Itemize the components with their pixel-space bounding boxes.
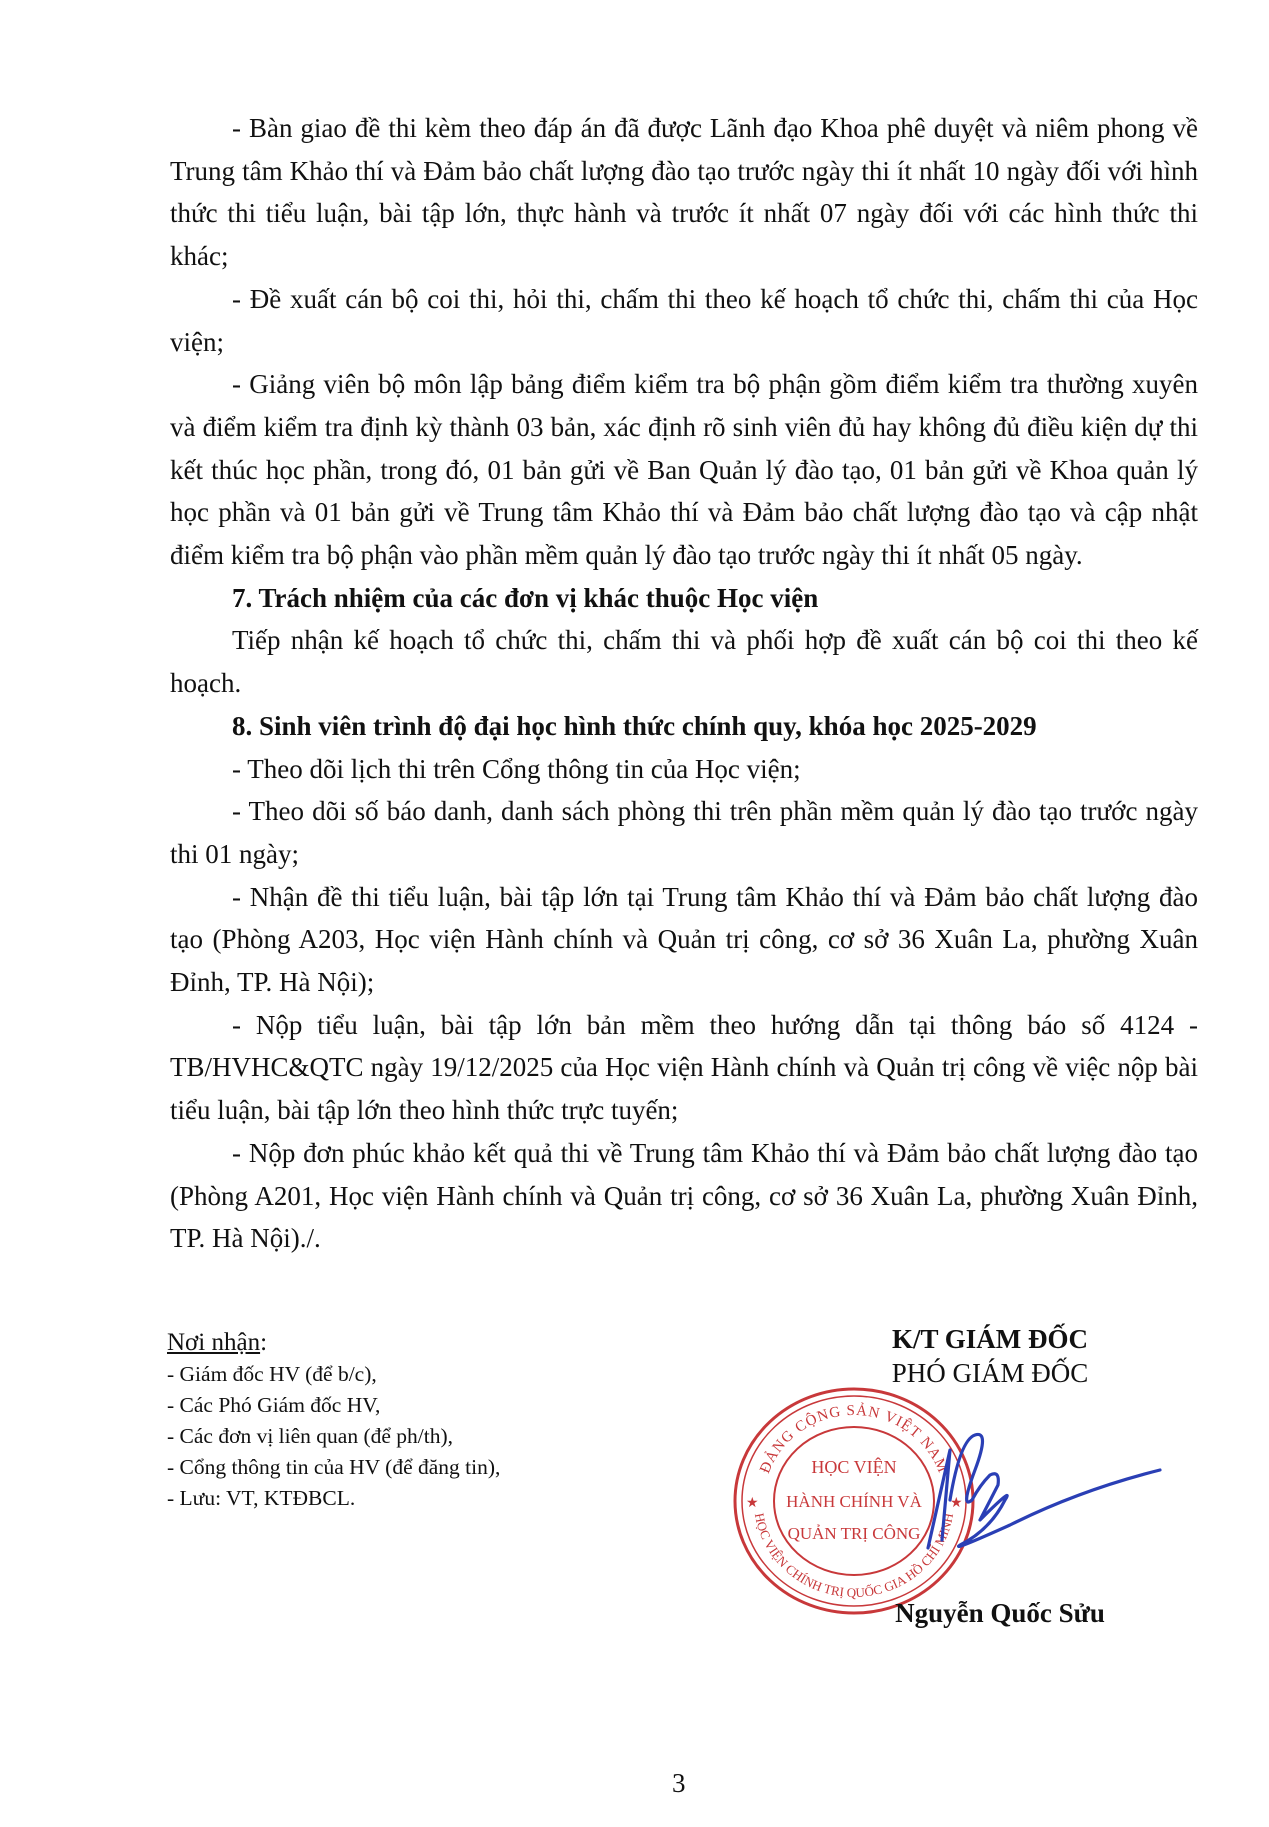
paragraph-handover-exam: - Bàn giao đề thi kèm theo đáp án đã đượ… [170,107,1198,278]
recipient-item: - Cổng thông tin của HV (để đăng tin), [167,1452,500,1483]
signer-name: Nguyễn Quốc Sửu [870,1598,1130,1629]
signer-role-primary: K/T GIÁM ĐỐC [860,1322,1120,1356]
recipients-title-row: Nơi nhận: [167,1326,500,1359]
paragraph-submit-essay: - Nộp tiểu luận, bài tập lớn bản mềm the… [170,1004,1198,1132]
recipient-item: - Các Phó Giám đốc HV, [167,1390,500,1421]
paragraph-appeal: - Nộp đơn phúc khảo kết quả thi về Trung… [170,1132,1198,1260]
section-heading-8: 8. Sinh viên trình độ đại học hình thức … [170,705,1198,748]
paragraph-propose-staff: - Đề xuất cán bộ coi thi, hỏi thi, chấm … [170,278,1198,363]
recipients-colon: : [260,1329,267,1356]
handwritten-signature-icon [920,1430,1180,1570]
recipients-title: Nơi nhận [167,1329,260,1356]
signature-block: K/T GIÁM ĐỐC PHÓ GIÁM ĐỐC [860,1322,1120,1390]
section-heading-7: 7. Trách nhiệm của các đơn vị khác thuộc… [170,577,1198,620]
page-number: 3 [672,1768,686,1799]
recipient-item: - Các đơn vị liên quan (để ph/th), [167,1421,500,1452]
paragraph-follow-room: - Theo dõi số báo danh, danh sách phòng … [170,790,1198,875]
recipient-item: - Giám đốc HV (để b/c), [167,1359,500,1390]
paragraph-follow-schedule: - Theo dõi lịch thi trên Cổng thông tin … [170,748,1198,791]
paragraph-receive-exam: - Nhận đề thi tiểu luận, bài tập lớn tại… [170,876,1198,1004]
paragraph-other-units: Tiếp nhận kế hoạch tổ chức thi, chấm thi… [170,619,1198,704]
svg-text:★: ★ [746,1496,759,1511]
paragraph-score-sheet: - Giảng viên bộ môn lập bảng điểm kiểm t… [170,363,1198,577]
recipients-block: Nơi nhận: - Giám đốc HV (để b/c), - Các … [167,1326,500,1514]
seal-line-2: HÀNH CHÍNH VÀ [786,1492,922,1511]
seal-line-1: HỌC VIỆN [811,1456,896,1477]
recipient-item: - Lưu: VT, KTĐBCL. [167,1483,500,1514]
document-body: - Bàn giao đề thi kèm theo đáp án đã đượ… [170,107,1198,1260]
seal-line-3: QUẢN TRỊ CÔNG [788,1524,921,1543]
